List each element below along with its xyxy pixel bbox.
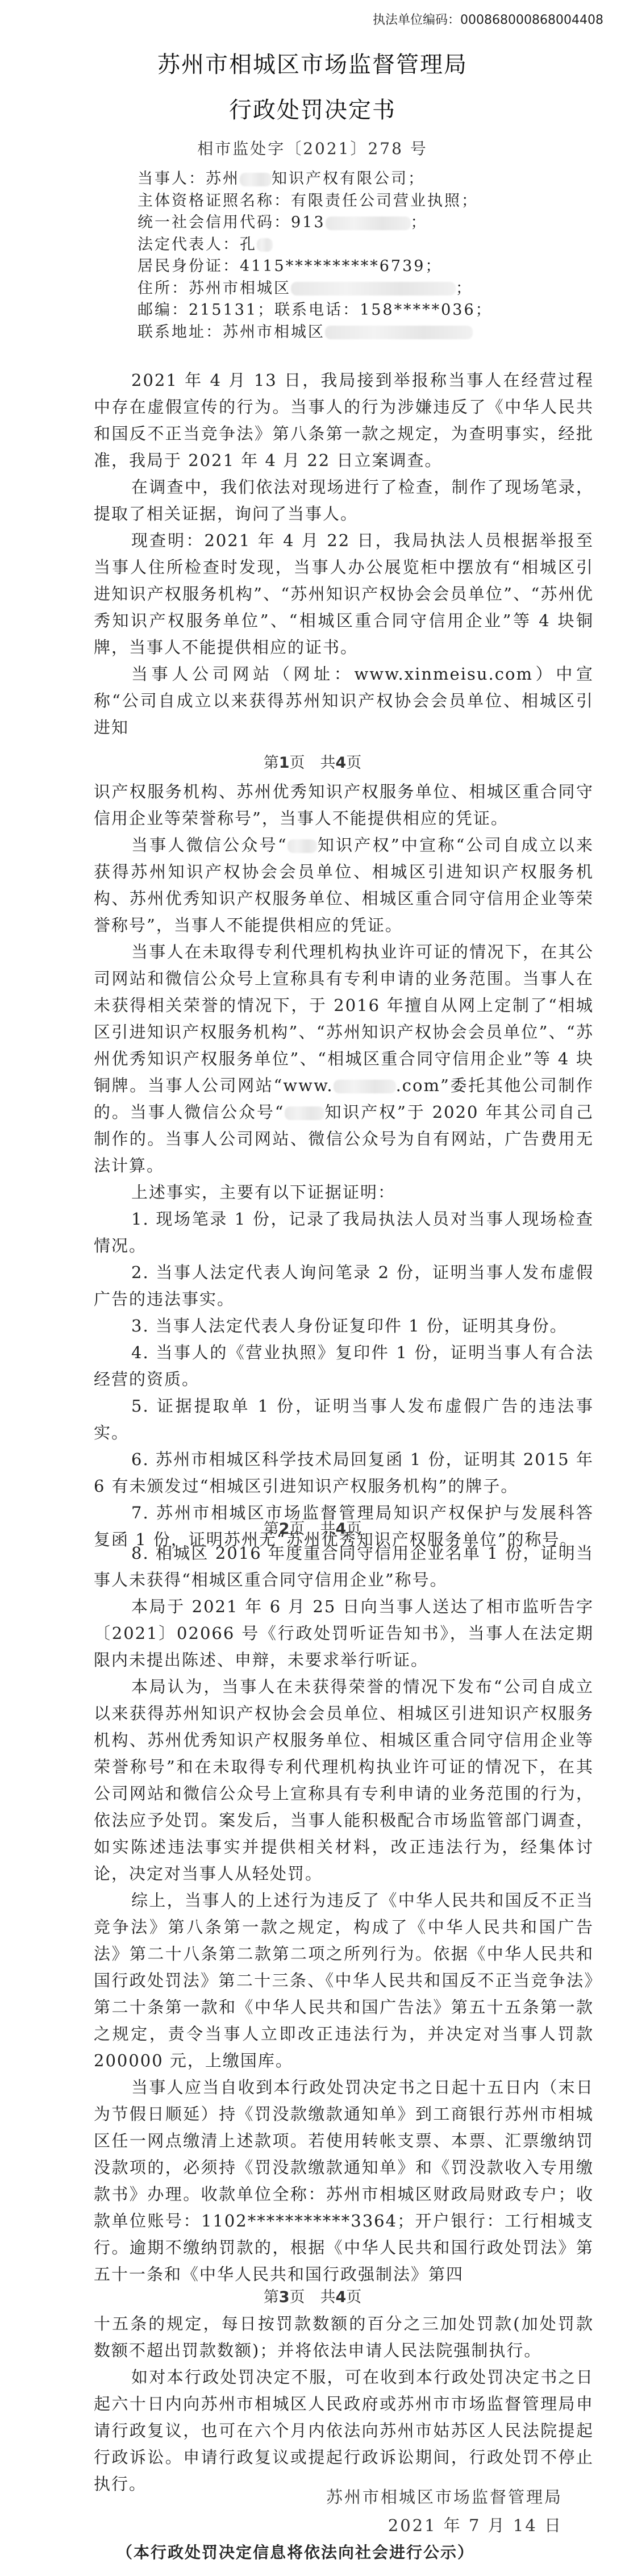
findings-paragraph: 现查明：2021 年 4 月 22 日，我局执法人员根据举报至当事人住所检查时发… (94, 527, 594, 661)
page4-body: 十五条的规定，每日按罚款数额的百分之三加处罚款(加处罚款数额不超出罚款数额)；并… (94, 2311, 594, 2498)
footer-prefix: 第 (264, 1520, 279, 1538)
postcode-phone-row: 邮编：215131；联系电话：158*****036； (137, 299, 603, 322)
redacted-company-name (240, 173, 272, 186)
evidence-intro: 上述事实，主要有以下证据证明： (94, 1179, 594, 1206)
legal-rep-label: 法定代表人： (137, 236, 240, 253)
patent-claim-part-a: 当事人在未取得专利代理机构执业许可证的情况下，在其公司网站和微信公众号上宣称具有… (94, 942, 594, 1095)
footer-page-number: 1 (279, 754, 290, 772)
page-footer-1: 第1页 共4页 (0, 750, 625, 772)
wechat-claim-prefix: 当事人微信公众号“ (131, 835, 287, 855)
redacted-wechat-name (287, 839, 317, 853)
hearing-notice-paragraph: 本局于 2021 年 6 月 25 日向当事人送达了相市监听告字〔2021〕02… (94, 1593, 594, 1674)
page1-body: 2021 年 4 月 13 日，我局接到举报称当事人在经营过程中存在虚假宣传的行… (94, 367, 594, 741)
document-type-title: 行政处罚决定书 (0, 92, 625, 124)
redacted-wechat-account (285, 1106, 324, 1120)
evidence-item-1: 1. 现场笔录 1 份，记录了我局执法人员对当事人现场检查情况。 (94, 1206, 594, 1259)
license-row: 主体资格证照名称：有限责任公司营业执照； (137, 190, 603, 213)
page-footer-2: 第2页 共4页 (0, 1516, 625, 1538)
footer-page-number: 2 (279, 1520, 290, 1538)
footer-total-pages: 4 (336, 2288, 347, 2306)
case-intro-paragraph: 2021 年 4 月 13 日，我局接到举报称当事人在经营过程中存在虚假宣传的行… (94, 367, 594, 474)
public-disclosure-notice: （本行政处罚决定信息将依法向社会进行公示） (0, 2540, 625, 2563)
party-name-prefix: 苏州 (206, 170, 240, 188)
footer-mid: 页 共 (290, 754, 336, 772)
credit-code-visible: 913 (291, 214, 326, 231)
legal-rep-visible: 孔 (240, 236, 257, 253)
credit-code-row: 统一社会信用代码：913； (137, 212, 603, 234)
party-name-row: 当事人：苏州知识产权有限公司； (137, 168, 603, 190)
footer-prefix: 第 (264, 754, 279, 772)
legal-rep-row: 法定代表人：孔 (137, 234, 603, 256)
redacted-address (291, 282, 456, 296)
footer-page-number: 3 (279, 2288, 290, 2306)
wechat-claim-paragraph: 当事人微信公众号“知识产权”中宣称“公司自成立以来获得苏州知识产权协会会员单位、… (94, 832, 594, 939)
party-info: 当事人：苏州知识产权有限公司； 主体资格证照名称：有限责任公司营业执照； 统一社… (137, 168, 603, 343)
page2-body: 识产权服务机构、苏州优秀知识产权服务单位、相城区重合同守信用企业等荣誉称号”，当… (94, 779, 594, 1553)
appeal-rights-paragraph: 如对本行政处罚决定不服，可在收到本行政处罚决定书之日起六十日内向苏州市相城区人民… (94, 2364, 594, 2498)
license-label: 主体资格证照名称： (137, 192, 291, 210)
document-number: 相市监处字〔2021〕278 号 (0, 136, 625, 159)
credit-code-end: ； (411, 214, 428, 231)
id-label: 居民身份证： (137, 257, 240, 275)
enforcement-code-label: 执法单位编码： (373, 13, 460, 27)
redacted-contact-address (325, 326, 473, 339)
signature-date: 2021 年 7 月 14 日 (388, 2513, 562, 2536)
footer-prefix: 第 (264, 2288, 279, 2306)
late-payment-continuation: 十五条的规定，每日按罚款数额的百分之三加处罚款(加处罚款数额不超出罚款数额)；并… (94, 2311, 594, 2364)
penalty-decision-paragraph: 综上，当事人的上述行为违反了《中华人民共和国反不正当竞争法》第八条第一款之规定，… (94, 1887, 594, 2074)
redacted-legal-rep (257, 238, 273, 252)
evidence-item-8: 8. 相城区 2016 年度重合同守信用企业名单 1 份，证明当事人未获得“相城… (94, 1540, 594, 1593)
enforcement-code-value: 00086800086800440​8 (460, 13, 603, 27)
address-label: 住所： (137, 280, 189, 297)
footer-total-pages: 4 (336, 754, 347, 772)
footer-suffix: 页 (346, 754, 361, 772)
phone-value: 158*****036； (360, 301, 493, 319)
postcode-value: 215131； (189, 301, 274, 319)
footer-mid: 页 共 (290, 1520, 336, 1538)
investigation-paragraph: 在调查中，我们依法对现场进行了检查，制作了现场笔录，提取了相关证据，询问了当事人… (94, 474, 594, 527)
evidence-item-3: 3. 当事人法定代表人身份证复印件 1 份，证明其身份。 (94, 1313, 594, 1339)
evidence-item-2: 2. 当事人法定代表人询问笔录 2 份，证明当事人发布虚假广告的违法事实。 (94, 1259, 594, 1313)
redacted-credit-code (326, 217, 411, 230)
id-row: 居民身份证：4115**********6739； (137, 256, 603, 278)
phone-label: 联系电话： (274, 301, 360, 319)
page-footer-3: 第3页 共4页 (0, 2284, 625, 2307)
footer-total-pages: 4 (336, 1520, 347, 1538)
signature-agency: 苏州市相城区市场监督管理局 (326, 2485, 562, 2508)
evidence-item-4: 4. 当事人的《营业执照》复印件 1 份，证明当事人有合法经营的资质。 (94, 1339, 594, 1393)
party-name-suffix: 知识产权有限公司； (272, 170, 425, 188)
credit-code-label: 统一社会信用代码： (137, 214, 291, 231)
payment-instructions-paragraph: 当事人应当自收到本行政处罚决定书之日起十五日内（末日为节假日顺延）持《罚没款缴款… (94, 2074, 594, 2288)
footer-mid: 页 共 (290, 2288, 336, 2306)
party-name-label: 当事人： (137, 170, 206, 188)
license-value: 有限责任公司营业执照； (291, 192, 478, 210)
contact-address-visible: 苏州市相城区 (223, 323, 325, 341)
contact-address-label: 联系地址： (137, 323, 223, 341)
enforcement-unit-code: 执法单位编码：00086800086800440​8 (373, 10, 603, 28)
id-value: 4115**********6739； (240, 257, 442, 275)
evidence-item-5: 5. 证据提取单 1 份，证明当事人发布虚假广告的违法事实。 (94, 1393, 594, 1446)
footer-suffix: 页 (346, 1520, 361, 1538)
website-claim-continuation: 识产权服务机构、苏州优秀知识产权服务单位、相城区重合同守信用企业等荣誉称号”，当… (94, 779, 594, 832)
footer-suffix: 页 (346, 2288, 361, 2306)
address-visible: 苏州市相城区 (189, 280, 291, 297)
address-row: 住所：苏州市相城区； (137, 278, 603, 300)
website-claim-paragraph: 当事人公司网站（网址：www.xinmeisu.com）中宣称“公司自成立以来获… (94, 661, 594, 741)
evidence-item-6: 6. 苏州市相城区科学技术局回复函 1 份，证明其 2015 年 6 有未颁发过… (94, 1446, 594, 1500)
redacted-website-domain (334, 1080, 396, 1093)
address-end: ； (456, 280, 473, 297)
contact-address-row: 联系地址：苏州市相城区 (137, 322, 603, 344)
patent-claim-paragraph: 当事人在未取得专利代理机构执业许可证的情况下，在其公司网站和微信公众号上宣称具有… (94, 939, 594, 1179)
page3-body: 8. 相城区 2016 年度重合同守信用企业名单 1 份，证明当事人未获得“相城… (94, 1540, 594, 2288)
bureau-opinion-paragraph: 本局认为，当事人在未获得荣誉的情况下发布“公司自成立以来获得苏州知识产权协会会员… (94, 1674, 594, 1887)
agency-title: 苏州市相城区市场监督管理局 (0, 47, 625, 79)
postcode-label: 邮编： (137, 301, 189, 319)
